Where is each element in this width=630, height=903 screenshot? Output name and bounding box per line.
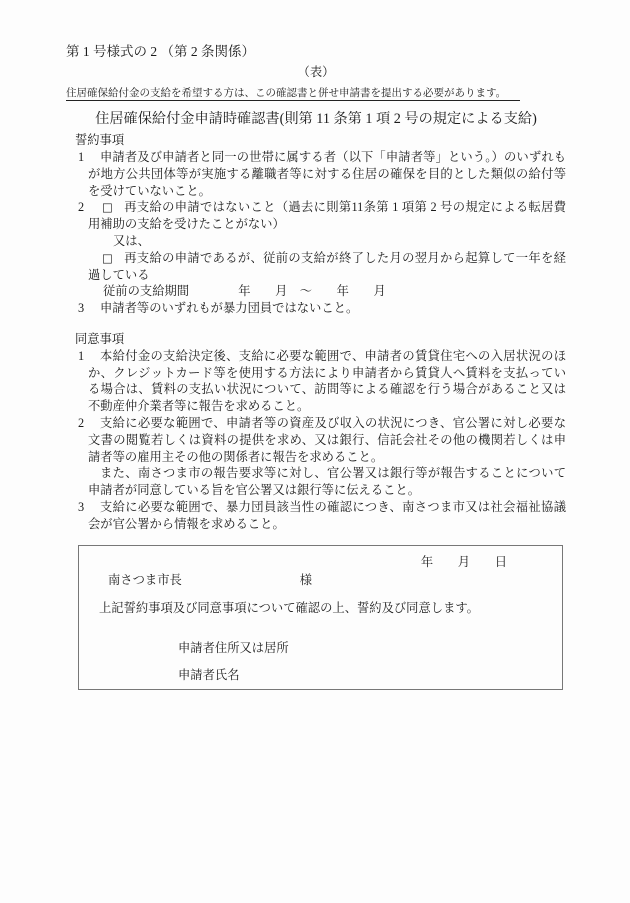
signature-box: 年 月 日 南さつま市長様 上記誓約事項及び同意事項について確認の上、誓約及び同… — [78, 545, 563, 690]
previous-payment-period: 従前の支給期間 年 月 ～ 年 月 — [88, 283, 566, 300]
reapplication-one-year-text: 再支給の申請であるが、従前の支給が終了した月の翌月から起算して一年を経過している — [88, 251, 566, 282]
agreement-statement: 上記誓約事項及び同意事項について確認の上、誓約及び同意します。 — [79, 600, 562, 617]
item-number: 2 — [78, 415, 84, 432]
applicant-address-label: 申請者住所又は居所 — [79, 640, 562, 657]
consent-item-1: 1 本給付金の支給決定後、支給に必要な範囲で、申請者の賃貸住宅への入居状況のほか… — [88, 348, 566, 415]
item-text: 本給付金の支給決定後、支給に必要な範囲で、申請者の賃貸住宅への入居状況のほか、ク… — [88, 348, 566, 415]
date-line: 年 月 日 — [79, 554, 562, 571]
pledge-section: 誓約事項 1 申請者及び申請者と同一の世帯に属する者（以下「申請者等」という。）… — [66, 132, 566, 317]
item-text: 支給に必要な範囲で、暴力団員該当性の確認につき、南さつま市又は社会福祉協議会が官… — [88, 499, 566, 533]
item-text: 申請者等のいずれもが暴力団員ではないこと。 — [88, 300, 566, 317]
consent-section: 同意事項 1 本給付金の支給決定後、支給に必要な範囲で、申請者の賃貸住宅への入居… — [66, 331, 566, 533]
side-label: （表） — [66, 64, 566, 81]
item-number: 3 — [78, 499, 84, 516]
reapplication-one-year-line: □再支給の申請であるが、従前の支給が終了した月の翌月から起算して一年を経過してい… — [88, 250, 566, 284]
consent-section-heading: 同意事項 — [75, 331, 566, 348]
checkbox-not-reapplication-icon[interactable]: □ — [102, 200, 113, 214]
item-number: 1 — [78, 149, 84, 166]
page-title: 住居確保給付金申請時確認書(則第 11 条第 1 項 2 号の規定による支給) — [66, 111, 566, 128]
item-number: 2 — [78, 199, 84, 216]
consent-item-2: 2 支給に必要な範囲で、申請者等の資産及び収入の状況につき、官公署に対し必要な文… — [88, 415, 566, 499]
form-number: 第 1 号様式の 2 （第 2 条関係） — [66, 44, 566, 61]
or-label: 又は、 — [88, 233, 566, 250]
not-reapplication-text: 再支給の申請ではないこと（過去に則第11条第 1 項第 2 号の規定による転居費… — [88, 200, 566, 231]
item-subtext: また、南さつま市の報告要求等に対し、官公署又は銀行等が報告することについて申請者… — [88, 465, 566, 499]
pledge-section-heading: 誓約事項 — [75, 132, 566, 149]
addressee-name: 南さつま市長 — [108, 573, 182, 587]
item-number: 1 — [78, 348, 84, 365]
addressee-line: 南さつま市長様 — [79, 572, 562, 589]
not-reapplication-line: □再支給の申請ではないこと（過去に則第11条第 1 項第 2 号の規定による転居… — [88, 199, 566, 233]
document-page: 第 1 号様式の 2 （第 2 条関係） （表） 住居確保給付金の支給を希望する… — [0, 0, 630, 903]
pledge-item-1: 1 申請者及び申請者と同一の世帯に属する者（以下「申請者等」という。）のいずれも… — [88, 149, 566, 199]
honorific-label: 様 — [300, 573, 312, 587]
pledge-item-2: 2 □再支給の申請ではないこと（過去に則第11条第 1 項第 2 号の規定による… — [88, 199, 566, 300]
applicant-name-label: 申請者氏名 — [79, 667, 562, 684]
consent-item-3: 3 支給に必要な範囲で、暴力団員該当性の確認につき、南さつま市又は社会福祉協議会… — [88, 499, 566, 533]
item-text: 支給に必要な範囲で、申請者等の資産及び収入の状況につき、官公署に対し必要な文書の… — [88, 415, 566, 465]
checkbox-reapplication-one-year-icon[interactable]: □ — [102, 251, 113, 265]
item-text: 申請者及び申請者と同一の世帯に属する者（以下「申請者等」という。）のいずれもが地… — [88, 149, 566, 199]
notice-text: 住居確保給付金の支給を希望する方は、この確認書と併せ申請書を提出する必要がありま… — [66, 88, 520, 101]
notice-row: 住居確保給付金の支給を希望する方は、この確認書と併せ申請書を提出する必要がありま… — [66, 86, 566, 103]
item-number: 3 — [78, 300, 84, 317]
pledge-item-3: 3 申請者等のいずれもが暴力団員ではないこと。 — [88, 300, 566, 317]
